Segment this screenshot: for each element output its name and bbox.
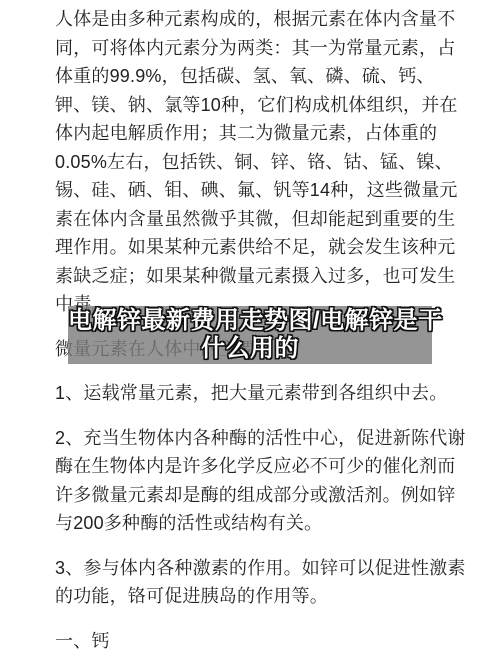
item2-text-line: 酶在生物体内是许多化学反应必不可少的催化剂而 [55, 452, 472, 481]
intro-text-line: 钾、镁、钠、氯等10种，它们构成机体组织，并在 [55, 91, 472, 120]
intro-text-line: 理作用。如果某种元素供给不足，就会发生该种元 [55, 233, 472, 262]
paragraph-item-3: 3、参与体内各种激素的作用。如锌可以促进性激素的功能，铬可促进胰岛的作用等。 [55, 554, 472, 611]
intro-text-line: 素缺乏症；如果某种微量元素摄入过多，也可发生 [55, 262, 472, 291]
paragraph-intro: 人体是由多种元素构成的，根据元素在体内含量不同，可将体内元素分为两类：其一为常量… [55, 5, 472, 319]
overlay-title-line2: 什么用的 [68, 335, 432, 363]
item2-text-line: 2、充当生物体内各种酶的活性中心，促进新陈代谢 [55, 424, 472, 453]
paragraph-item-1: 1、运载常量元素，把大量元素带到各组织中去。 [55, 379, 472, 408]
intro-text-line: 人体是由多种元素构成的，根据元素在体内含量不 [55, 5, 472, 34]
item3-text-line: 3、参与体内各种激素的作用。如锌可以促进性激素 [55, 554, 472, 583]
overlay-title-line1: 电解锌最新费用走势图/电解锌是干 [68, 307, 432, 335]
title-overlay-banner: 电解锌最新费用走势图/电解锌是干 什么用的 [68, 306, 432, 364]
intro-text-line: 锡、硅、硒、钼、碘、氟、钒等14种，这些微量元 [55, 176, 472, 205]
item2-text-line: 许多微量元素却是酶的组成部分或激活剂。例如锌 [55, 481, 472, 510]
article-page: 人体是由多种元素构成的，根据元素在体内含量不同，可将体内元素分为两类：其一为常量… [0, 0, 500, 666]
intro-text-line: 同，可将体内元素分为两类：其一为常量元素，占 [55, 34, 472, 63]
intro-text-line: 素在体内含量虽然微乎其微，但却能起到重要的生 [55, 205, 472, 234]
calcium-heading: 一、钙 [55, 627, 472, 656]
item1-text-line: 1、运载常量元素，把大量元素带到各组织中去。 [55, 379, 472, 408]
intro-text-line: 体重的99.9%，包括碳、氢、氧、磷、硫、钙、 [55, 62, 472, 91]
intro-text-line: 体内起电解质作用；其二为微量元素，占体重的 [55, 119, 472, 148]
intro-text-line: 0.05%左右，包括铁、铜、锌、铬、钴、锰、镍、 [55, 148, 472, 177]
item3-text-line: 的功能，铬可促进胰岛的作用等。 [55, 582, 472, 611]
paragraph-item-2: 2、充当生物体内各种酶的活性中心，促进新陈代谢酶在生物体内是许多化学反应必不可少… [55, 424, 472, 538]
paragraph-calcium: 一、钙 [55, 627, 472, 656]
item2-text-line: 与200多种酶的活性或结构有关。 [55, 509, 472, 538]
